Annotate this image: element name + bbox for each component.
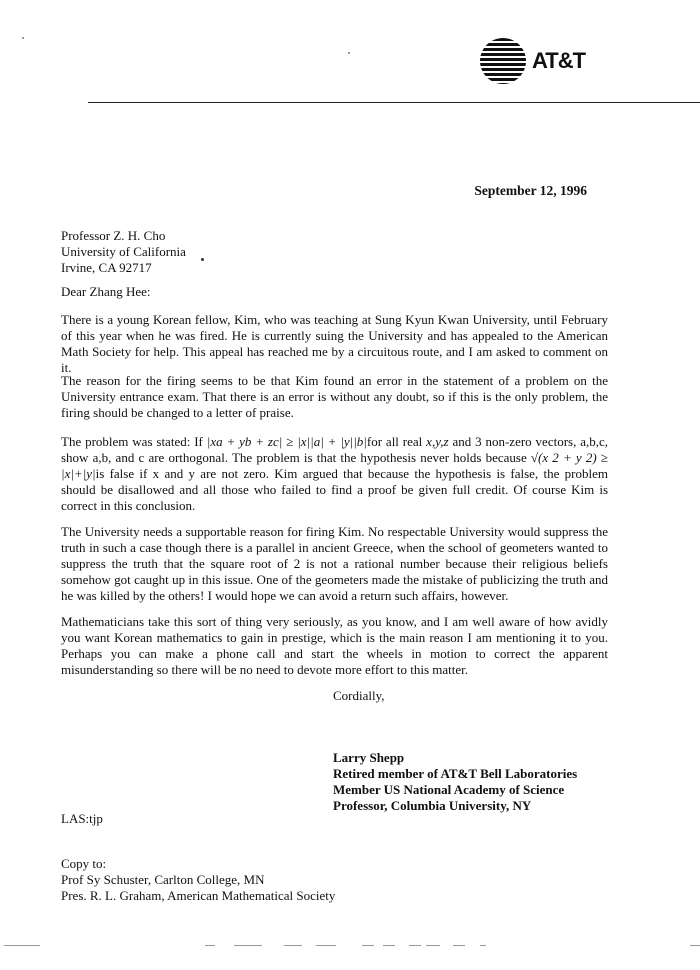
- recipient-line: Professor Z. H. Cho: [61, 228, 186, 244]
- brand-name: AT&T: [532, 48, 585, 74]
- closing: Cordially,: [333, 688, 385, 704]
- body-paragraph: There is a young Korean fellow, Kim, who…: [61, 312, 608, 376]
- scan-artifact-line: [316, 945, 336, 946]
- body-paragraph: The reason for the firing seems to be th…: [61, 373, 608, 421]
- reference-initials: LAS:tjp: [61, 811, 103, 827]
- letterhead-divider: [88, 102, 700, 103]
- signature-title: Member US National Academy of Science: [333, 782, 577, 798]
- copy-to-label: Copy to:: [61, 856, 335, 872]
- recipient-line: University of California: [61, 244, 186, 260]
- text: is false if x and y are not zero. Kim ar…: [61, 466, 608, 513]
- scan-artifact-line: [284, 945, 302, 946]
- att-globe-icon: [480, 38, 526, 84]
- scan-artifact-line: [205, 945, 215, 946]
- signature-title: Professor, Columbia University, NY: [333, 798, 577, 814]
- scan-artifact-line: [362, 945, 374, 946]
- scan-speck: [201, 258, 204, 261]
- body-paragraph-problem: The problem was stated: If |xa + yb + zc…: [61, 434, 608, 514]
- att-logo: AT&T: [480, 38, 585, 84]
- body-paragraph: The University needs a supportable reaso…: [61, 524, 608, 604]
- scan-artifact-line: [383, 945, 395, 946]
- copy-to-recipient: Pres. R. L. Graham, American Mathematica…: [61, 888, 335, 904]
- scan-artifact-line: [234, 945, 262, 946]
- scan-artifact-line: [426, 945, 440, 946]
- signature-title: Retired member of AT&T Bell Laboratories: [333, 766, 577, 782]
- recipient-address: Professor Z. H. Cho University of Califo…: [61, 228, 186, 276]
- body-paragraph: Mathematicians take this sort of thing v…: [61, 614, 608, 678]
- scan-speck: [348, 52, 350, 54]
- text: for all real: [367, 434, 426, 449]
- recipient-line: Irvine, CA 92717: [61, 260, 186, 276]
- variables: x,y,z: [426, 434, 448, 449]
- copy-to-block: Copy to: Prof Sy Schuster, Carlton Colle…: [61, 856, 335, 904]
- formula-hypothesis: |xa + yb + zc| ≥ |x||a| + |y||b|: [207, 434, 367, 449]
- scan-artifact-line: [409, 945, 421, 946]
- copy-to-recipient: Prof Sy Schuster, Carlton College, MN: [61, 872, 335, 888]
- signature-block: Larry Shepp Retired member of AT&T Bell …: [333, 750, 577, 814]
- signature-name: Larry Shepp: [333, 750, 577, 766]
- text: The problem was stated: If: [61, 434, 207, 449]
- scan-speck: [22, 37, 24, 39]
- scan-artifact-line: [480, 945, 486, 946]
- letter-date: September 12, 1996: [474, 183, 587, 199]
- salutation: Dear Zhang Hee:: [61, 284, 151, 300]
- scan-artifact-line: [690, 945, 700, 946]
- scan-artifact-line: [4, 945, 40, 946]
- scan-artifact-line: [453, 945, 465, 946]
